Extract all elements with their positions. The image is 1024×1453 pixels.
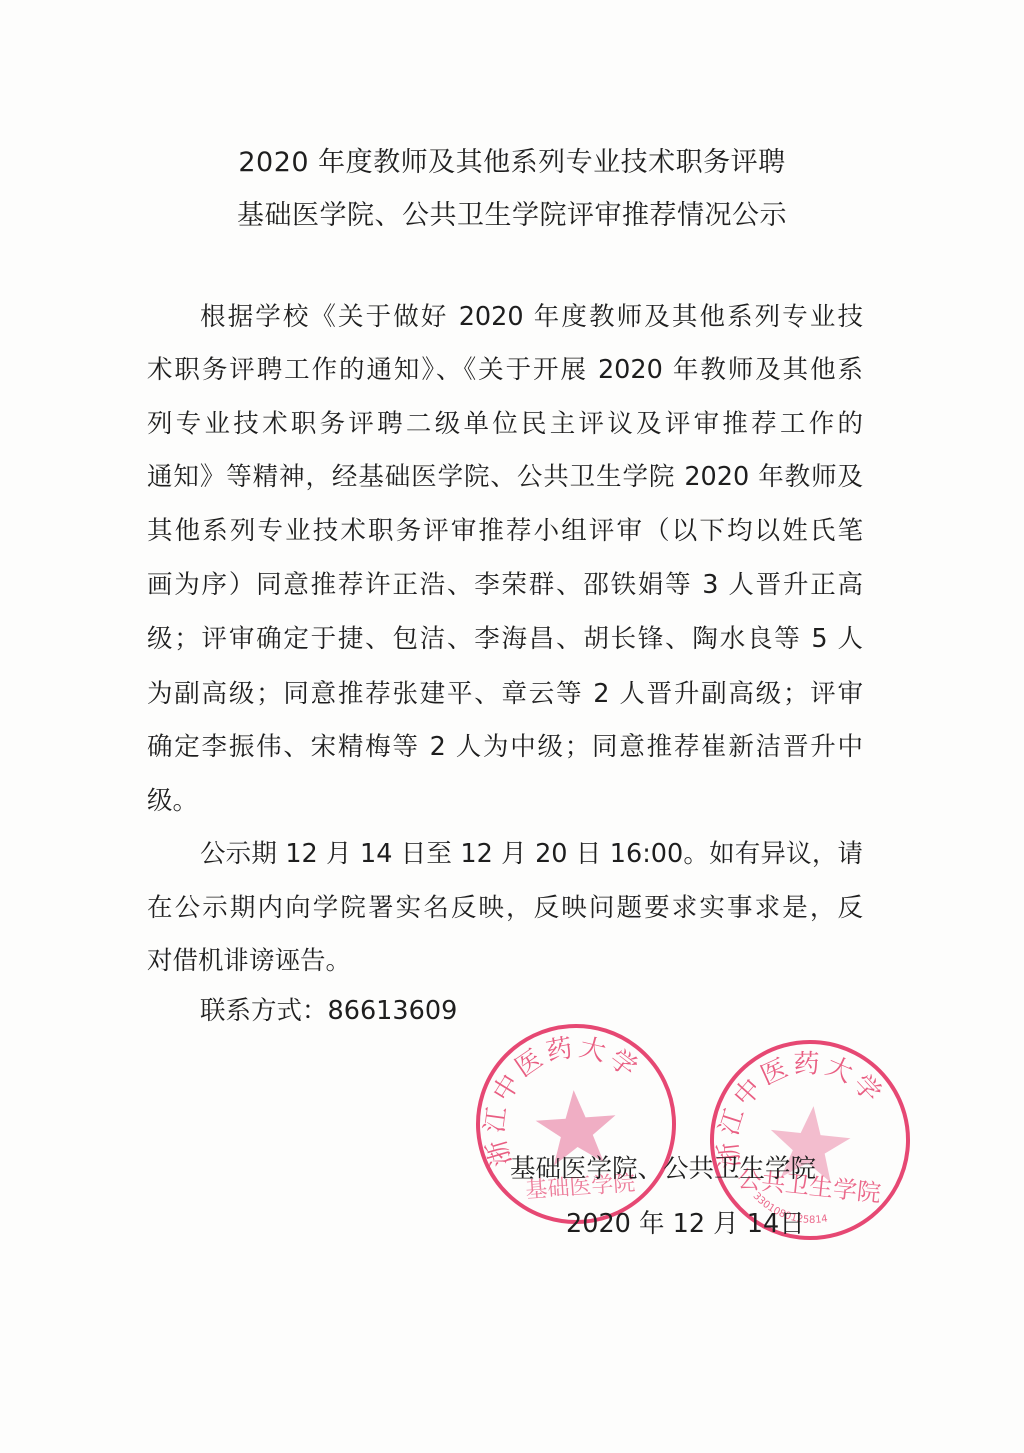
body-line: 其他系列专业技术职务评审推荐小组评审（以下均以姓氏笔 <box>147 511 863 547</box>
seal-star-icon: 浙江中医药大学 基础医学院 <box>474 1022 679 1227</box>
document-title-line-2: 基础医学院、公共卫生学院评审推荐情况公示 <box>0 193 1024 232</box>
body-line: 术职务评聘工作的通知》、《关于开展 2020 年教师及其他系 <box>147 350 863 386</box>
signature-date: 2020 年 12 月 14日 <box>566 1204 805 1240</box>
body-line: 列专业技术职务评聘二级单位民主评议及评审推荐工作的 <box>147 404 863 440</box>
signature-organization: 基础医学院、公共卫生学院 <box>510 1149 816 1185</box>
contact-info: 联系方式：86613609 <box>200 991 863 1027</box>
official-seal-basic-medicine: 浙江中医药大学 基础医学院 <box>469 1017 682 1230</box>
body-line: 画为序）同意推荐许正浩、李荣群、邵铁娟等 3 人晋升正高 <box>147 565 863 601</box>
body-line: 在公示期内向学院署实名反映，反映问题要求实事求是，反 <box>147 888 863 924</box>
body-line: 级。 <box>147 781 863 817</box>
body-line: 级；评审确定于捷、包洁、李海昌、胡长锋、陶水良等 5 人 <box>147 619 863 655</box>
body-line: 对借机诽谤诬告。 <box>147 941 863 977</box>
body-line: 通知》等精神，经基础医学院、公共卫生学院 2020 年教师及 <box>147 457 863 493</box>
body-line: 为副高级；同意推荐张建平、章云等 2 人晋升副高级；评审 <box>147 674 863 710</box>
body-line: 根据学校《关于做好 2020 年度教师及其他系列专业技 <box>200 297 863 333</box>
body-line: 确定李振伟、宋精梅等 2 人为中级；同意推荐崔新洁晋升中 <box>147 727 863 763</box>
body-line: 公示期 12 月 14 日至 12 月 20 日 16:00。如有异议，请 <box>200 834 863 870</box>
document-title-line-1: 2020 年度教师及其他系列专业技术职务评聘 <box>0 140 1024 179</box>
